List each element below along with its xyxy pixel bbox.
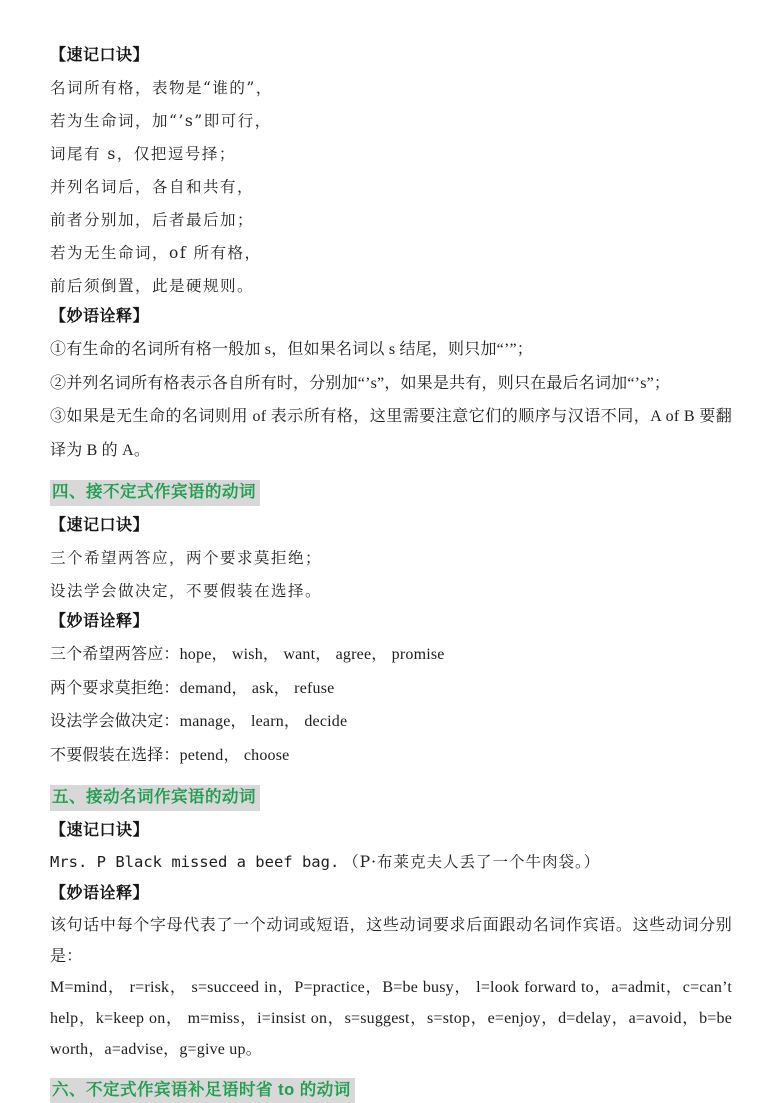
verse-line: 词尾有 s，仅把逗号择； <box>50 138 732 171</box>
section-five-mnemonic-sentence: Mrs. P Black missed a beef bag. （P·布莱克夫人… <box>50 847 732 878</box>
verse-line: 前者分别加，后者最后加； <box>50 204 732 237</box>
verse-line: 名词所有格，表物是“谁的”， <box>50 72 732 105</box>
section-heading-four: 四、接不定式作宾语的动词 <box>50 480 732 506</box>
interpretation-line: ①有生命的名词所有格一般加 s，但如果名词以 s 结尾，则只加“’”； <box>50 333 732 367</box>
interpretation-intro: 该句话中每个字母代表了一个动词或短语，这些动词要求后面跟动名词作宾语。这些动词分… <box>50 910 732 972</box>
interpretation-label: 【妙语诠释】 <box>50 307 732 327</box>
interpretation-line: 两个要求莫拒绝：demand， ask， refuse <box>50 672 732 706</box>
section-heading-six: 六、不定式作宾语补足语时省 to 的动词 <box>50 1078 732 1103</box>
verse-line: 并列名词后，各自和共有， <box>50 171 732 204</box>
verse-line: 前后须倒置，此是硬规则。 <box>50 270 732 303</box>
section-heading-four-text: 四、接不定式作宾语的动词 <box>50 480 260 506</box>
interpretation-line: ②并列名词所有格表示各自所有时，分别加“’s”，如果是共有，则只在最后名词加“’… <box>50 367 732 401</box>
section-four-mnemonic-verse: 三个希望两答应，两个要求莫拒绝； 设法学会做决定，不要假装在选择。 <box>50 542 732 608</box>
mnemonic-sentence-translation: （P·布莱克夫人丢了一个牛肉袋。） <box>343 853 600 871</box>
interpretation-line: 三个希望两答应：hope， wish， want， agree， promise <box>50 638 732 672</box>
interpretation-verb-list: M=mind， r=risk， s=succeed in，P=practice，… <box>50 972 732 1065</box>
section-heading-six-text: 六、不定式作宾语补足语时省 to 的动词 <box>50 1078 355 1103</box>
mnemonic-label: 【速记口诀】 <box>50 821 732 841</box>
verse-line: 三个希望两答应，两个要求莫拒绝； <box>50 542 732 575</box>
possessive-interpretation: ①有生命的名词所有格一般加 s，但如果名词以 s 结尾，则只加“’”； ②并列名… <box>50 333 732 467</box>
interpretation-line: 设法学会做决定：manage， learn， decide <box>50 705 732 739</box>
section-five-interpretation: 该句话中每个字母代表了一个动词或短语，这些动词要求后面跟动名词作宾语。这些动词分… <box>50 910 732 1065</box>
mnemonic-sentence-english: Mrs. P Black missed a beef bag. <box>50 853 339 871</box>
section-four-interpretation: 三个希望两答应：hope， wish， want， agree， promise… <box>50 638 732 772</box>
verse-line: 若为无生命词，of 所有格， <box>50 237 732 270</box>
verse-line: 若为生命词，加“’s”即可行， <box>50 105 732 138</box>
interpretation-label: 【妙语诠释】 <box>50 884 732 904</box>
section-heading-five: 五、接动名词作宾语的动词 <box>50 785 732 811</box>
interpretation-line: ③如果是无生命的名词则用 of 表示所有格，这里需要注意它们的顺序与汉语不同，A… <box>50 400 732 467</box>
verse-line: 设法学会做决定，不要假装在选择。 <box>50 575 732 608</box>
document-page: 【速记口诀】 名词所有格，表物是“谁的”， 若为生命词，加“’s”即可行， 词尾… <box>0 0 780 1103</box>
mnemonic-label: 【速记口诀】 <box>50 516 732 536</box>
interpretation-label: 【妙语诠释】 <box>50 612 732 632</box>
interpretation-line: 不要假装在选择：petend， choose <box>50 739 732 773</box>
section-heading-five-text: 五、接动名词作宾语的动词 <box>50 785 260 811</box>
mnemonic-label: 【速记口诀】 <box>50 46 732 66</box>
possessive-mnemonic-verse: 名词所有格，表物是“谁的”， 若为生命词，加“’s”即可行， 词尾有 s，仅把逗… <box>50 72 732 303</box>
